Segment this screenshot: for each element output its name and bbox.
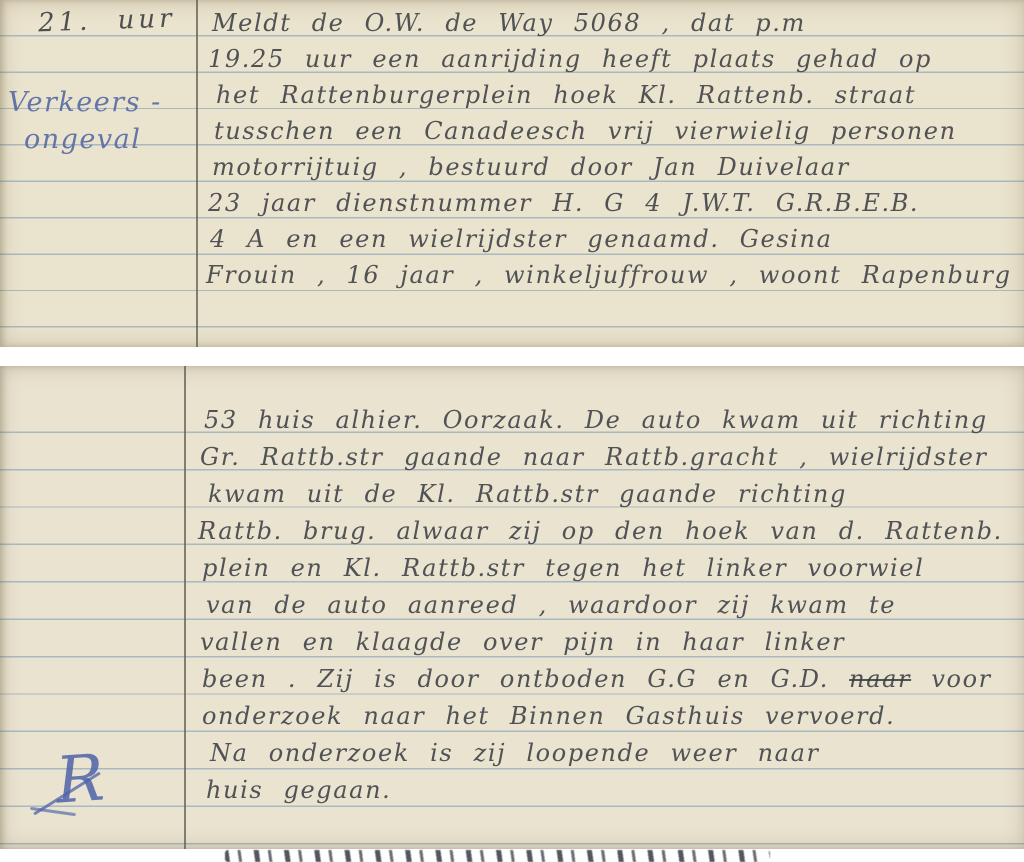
report-text-segment: voor (931, 665, 991, 693)
report-line: 19.25 uur een aanrijding heeft plaats ge… (206, 41, 1012, 77)
report-line: Frouin , 16 jaar , winkeljuffrouw , woon… (206, 257, 1012, 293)
margin-subject-line1: Verkeers - (8, 87, 162, 118)
report-line: plein en Kl. Rattb.str tegen het linker … (198, 550, 1003, 587)
report-line: kwam uit de Kl. Rattb.str gaande richtin… (198, 476, 1003, 513)
report-line: tusschen een Canadeesch vrij vierwielig … (206, 113, 1012, 149)
margin-subject-label: Verkeers - ongeval (8, 84, 162, 158)
report-line: het Rattenburgerplein hoek Kl. Rattenb. … (206, 77, 1012, 113)
paraph-initial: R (54, 742, 107, 817)
report-line: motorrijtuig , bestuurd door Jan Duivela… (206, 149, 1012, 185)
ledger-page-top: 21. uur Verkeers - ongeval Meldt de O.W.… (0, 0, 1024, 347)
struck-word: naar (849, 665, 911, 693)
report-line: 23 jaar dienstnummer H. G 4 J.W.T. G.R.B… (206, 185, 1012, 221)
margin-subject-line2: ongeval (8, 121, 162, 158)
margin-column-rule (184, 366, 186, 849)
margin-column-rule (196, 0, 198, 347)
report-line: Na onderzoek is zij loopende weer naar (198, 735, 1003, 772)
report-line: vallen en klaagde over pijn in haar link… (198, 624, 1003, 661)
paraph-signature: R (34, 744, 114, 824)
report-text-segment: been . Zij is door ontboden G.G en G.D. (202, 665, 829, 693)
cutoff-handwriting-marks (225, 850, 770, 862)
ledger-page-bottom: 53 huis alhier. Oorzaak. De auto kwam ui… (0, 366, 1024, 849)
report-line: Meldt de O.W. de Way 5068 , dat p.m (206, 5, 1012, 41)
report-line: 4 A en een wielrijdster genaamd. Gesina (206, 221, 1012, 257)
report-line: Gr. Rattb.str gaande naar Rattb.gracht ,… (198, 439, 1003, 476)
report-text-top: Meldt de O.W. de Way 5068 , dat p.m 19.2… (206, 5, 1012, 293)
report-text-bottom: 53 huis alhier. Oorzaak. De auto kwam ui… (198, 402, 1003, 809)
report-line: Rattb. brug. alwaar zij op den hoek van … (198, 513, 1003, 550)
report-line-with-strikethrough: been . Zij is door ontboden G.G en G.D. … (198, 661, 1003, 698)
report-line: 53 huis alhier. Oorzaak. De auto kwam ui… (198, 402, 1003, 439)
report-line: huis gegaan. (198, 772, 1003, 809)
margin-time: 21. uur (38, 4, 177, 39)
scanned-logbook-document: 21. uur Verkeers - ongeval Meldt de O.W.… (0, 0, 1024, 862)
report-line: onderzoek naar het Binnen Gasthuis vervo… (198, 698, 1003, 735)
report-line: van de auto aanreed , waardoor zij kwam … (198, 587, 1003, 624)
